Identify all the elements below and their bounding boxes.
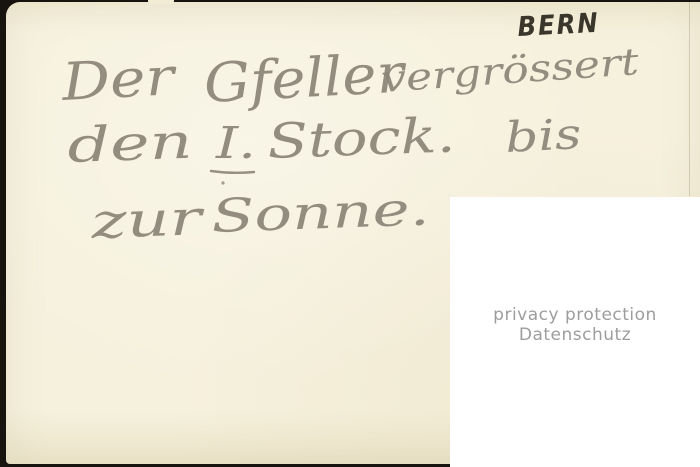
location-annotation-bern: BERN: [517, 8, 601, 43]
handwriting-word-bis: bis: [504, 109, 582, 162]
handwriting-word-stock: Stock.: [266, 107, 456, 170]
handwriting-word-gfeller: Gfeller: [202, 41, 408, 115]
privacy-line-german: Datenschutz: [450, 325, 700, 345]
handwriting-word-vergroessert: vergrössert: [380, 40, 641, 101]
postcard-scan: Der Gfeller vergrössert den I. Stock. bi…: [0, 0, 700, 467]
privacy-text-block: privacy protection Datenschutz: [450, 305, 700, 345]
handwriting-word-roman-one: I.: [215, 118, 256, 169]
handwriting-word-sonne: Sonne.: [210, 181, 430, 243]
handwriting-word-der: Der: [59, 47, 179, 113]
handwriting-word-den: den: [66, 114, 193, 174]
privacy-overlay: privacy protection Datenschutz: [450, 197, 700, 467]
handwriting-word-zur: zur: [89, 190, 207, 250]
privacy-line-english: privacy protection: [450, 305, 700, 325]
roman-one-underline: [211, 171, 254, 173]
stray-pencil-dot: [221, 181, 224, 184]
